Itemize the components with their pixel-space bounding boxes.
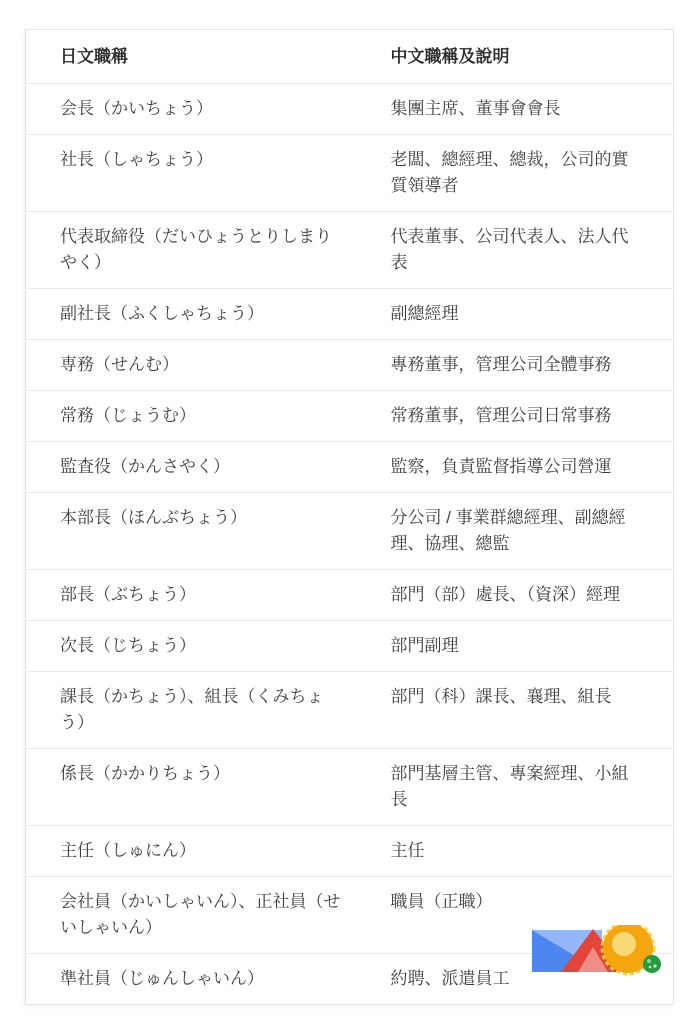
- chinese-title-cell: 專務董事，管理公司全體事務: [391, 340, 674, 391]
- table-row: 副社長（ふくしゃちょう） 副總經理: [26, 289, 674, 340]
- chinese-title-cell: 分公司 / 事業群總經理、副總經理、協理、總監: [391, 493, 674, 570]
- chinese-title-cell: 約聘、派遣員工: [391, 954, 674, 1005]
- table-row: 監査役（かんさやく） 監察，負責監督指導公司營運: [26, 442, 674, 493]
- table-row: 代表取締役（だいひょうとりしまりやく） 代表董事、公司代表人、法人代表: [26, 212, 674, 289]
- table-row: 課長（かちょう）、組長（くみちょう） 部門（科）課長、襄理、組長: [26, 672, 674, 749]
- chinese-title-cell: 部門基層主管、專案經理、小組長: [391, 749, 674, 826]
- japanese-title-cell: 副社長（ふくしゃちょう）: [26, 289, 391, 340]
- table-row: 部長（ぶちょう） 部門（部）處長、（資深）經理: [26, 570, 674, 621]
- japanese-title-cell: 監査役（かんさやく）: [26, 442, 391, 493]
- japanese-title-cell: 常務（じょうむ）: [26, 391, 391, 442]
- column-header-chinese-title: 中文職稱及說明: [391, 30, 674, 84]
- chinese-title-cell: 監察，負責監督指導公司營運: [391, 442, 674, 493]
- japanese-title-cell: 会長（かいちょう）: [26, 84, 391, 135]
- table-row: 会長（かいちょう） 集團主席、董事會會長: [26, 84, 674, 135]
- japanese-title-cell: 主任（しゅにん）: [26, 826, 391, 877]
- table-row: 会社員（かいしゃいん）、正社員（せいしゃいん） 職員（正職）: [26, 877, 674, 954]
- japanese-title-cell: 係長（かかりちょう）: [26, 749, 391, 826]
- chinese-title-cell: 集團主席、董事會會長: [391, 84, 674, 135]
- chinese-title-cell: 職員（正職）: [391, 877, 674, 954]
- japanese-title-cell: 課長（かちょう）、組長（くみちょう）: [26, 672, 391, 749]
- job-title-table: 日文職稱 中文職稱及說明 会長（かいちょう） 集團主席、董事會會長 社長（しゃち…: [25, 29, 674, 1005]
- table-header-row: 日文職稱 中文職稱及說明: [26, 30, 674, 84]
- chinese-title-cell: 部門（科）課長、襄理、組長: [391, 672, 674, 749]
- japanese-title-cell: 準社員（じゅんしゃいん）: [26, 954, 391, 1005]
- table-row: 主任（しゅにん） 主任: [26, 826, 674, 877]
- table-row: 準社員（じゅんしゃいん） 約聘、派遣員工: [26, 954, 674, 1005]
- chinese-title-cell: 常務董事，管理公司日常事務: [391, 391, 674, 442]
- job-title-table-card: 日文職稱 中文職稱及說明 会長（かいちょう） 集團主席、董事會會長 社長（しゃち…: [25, 29, 673, 1005]
- table-row: 専務（せんむ） 專務董事，管理公司全體事務: [26, 340, 674, 391]
- table-row: 本部長（ほんぶちょう） 分公司 / 事業群總經理、副總經理、協理、總監: [26, 493, 674, 570]
- japanese-title-cell: 会社員（かいしゃいん）、正社員（せいしゃいん）: [26, 877, 391, 954]
- table-row: 次長（じちょう） 部門副理: [26, 621, 674, 672]
- chinese-title-cell: 老闆、總經理、總裁，公司的實質領導者: [391, 135, 674, 212]
- japanese-title-cell: 次長（じちょう）: [26, 621, 391, 672]
- chinese-title-cell: 副總經理: [391, 289, 674, 340]
- chinese-title-cell: 部門副理: [391, 621, 674, 672]
- column-header-japanese-title: 日文職稱: [26, 30, 391, 84]
- table-row: 常務（じょうむ） 常務董事，管理公司日常事務: [26, 391, 674, 442]
- chinese-title-cell: 部門（部）處長、（資深）經理: [391, 570, 674, 621]
- japanese-title-cell: 部長（ぶちょう）: [26, 570, 391, 621]
- chinese-title-cell: 代表董事、公司代表人、法人代表: [391, 212, 674, 289]
- japanese-title-cell: 社長（しゃちょう）: [26, 135, 391, 212]
- japanese-title-cell: 専務（せんむ）: [26, 340, 391, 391]
- japanese-title-cell: 代表取締役（だいひょうとりしまりやく）: [26, 212, 391, 289]
- table-row: 社長（しゃちょう） 老闆、總經理、總裁，公司的實質領導者: [26, 135, 674, 212]
- chinese-title-cell: 主任: [391, 826, 674, 877]
- japanese-title-cell: 本部長（ほんぶちょう）: [26, 493, 391, 570]
- table-row: 係長（かかりちょう） 部門基層主管、專案經理、小組長: [26, 749, 674, 826]
